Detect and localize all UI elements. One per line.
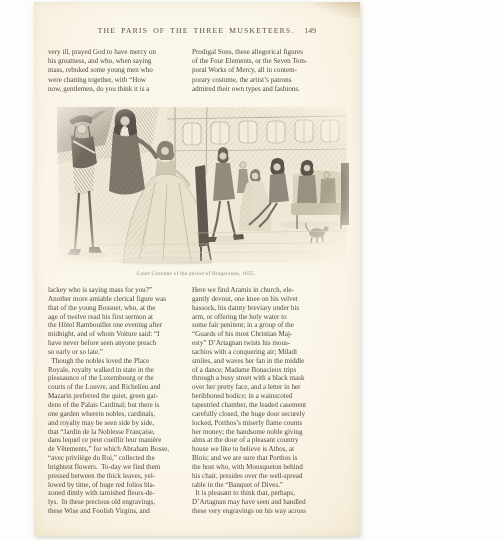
top-text-section: very ill, prayed God to have mercy on hi… [48,48,344,94]
figure-caption: Court Costume of the period of Bragelonn… [48,271,344,277]
page-number: 149 [304,26,316,35]
running-head: THE PARIS OF THE THREE MUSKETEERS. 149 [48,26,344,35]
bottom-left-column: lackey who is saying mass for you?” Anot… [48,286,184,516]
engraving-illustration [55,105,351,267]
scan-background: THE PARIS OF THE THREE MUSKETEERS. 149 v… [0,0,504,540]
bottom-text-section: lackey who is saying mass for you?” Anot… [48,286,344,516]
running-head-title: THE PARIS OF THE THREE MUSKETEERS. [98,26,295,35]
top-right-column: Prodigal Sons, these allegorical figures… [192,48,344,94]
top-left-column: very ill, prayed God to have mercy on hi… [48,48,184,94]
page-corner-shading [314,2,360,18]
figure-box [55,105,351,267]
bottom-right-column: Here we find Aramis in church, ele- gant… [192,286,344,516]
book-page: THE PARIS OF THE THREE MUSKETEERS. 149 v… [34,2,360,536]
